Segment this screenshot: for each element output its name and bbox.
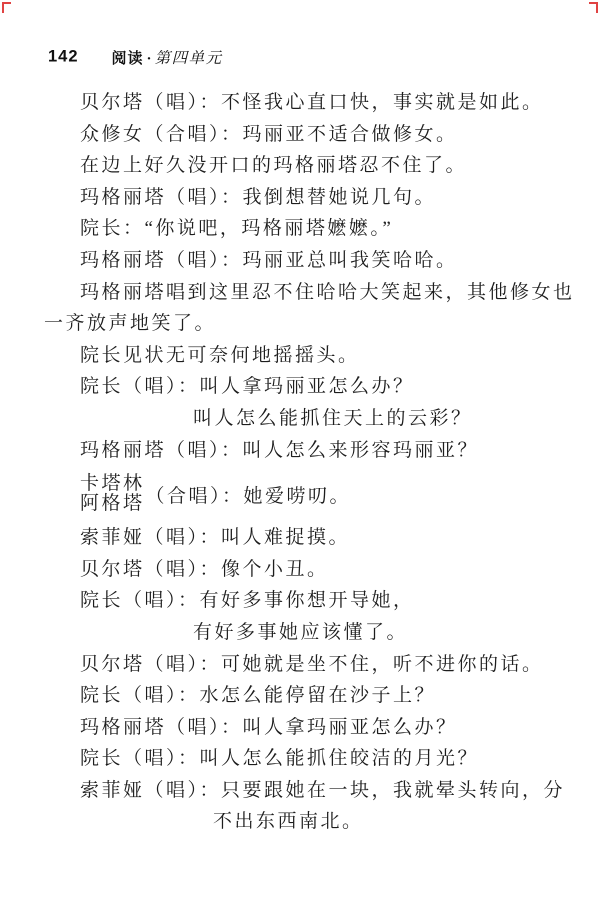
stacked-line-text: （合唱）：她爱唠叨。	[146, 481, 352, 508]
speaker-name: 阿格塔	[80, 494, 145, 515]
text-line: 玛格丽塔（唱）：玛丽亚总叫我笑哈哈。	[44, 245, 568, 277]
speaker-names-column: 卡塔林阿格塔	[80, 474, 145, 515]
text-line: 索菲娅（唱）：只要跟她在一块，我就晕头转向，分	[44, 775, 568, 807]
section-title-separator: ·	[147, 51, 152, 67]
text-line: 院长（唱）：叫人拿玛丽亚怎么办？	[44, 371, 568, 403]
text-line: 院长：“你说吧，玛格丽塔嬷嬷。”	[44, 213, 568, 245]
section-title: 阅读·第四单元	[112, 50, 223, 67]
text-line: 在边上好久没开口的玛格丽塔忍不住了。	[44, 150, 568, 182]
textbook-page: 142阅读·第四单元 贝尔塔（唱）：不怪我心直口快，事实就是如此。众修女（合唱）…	[0, 0, 600, 897]
crop-mark-top-left	[2, 2, 11, 13]
text-line: 不出东西南北。	[44, 806, 568, 838]
speaker-name: 卡塔林	[80, 474, 145, 495]
text-line: 玛格丽塔（唱）：叫人怎么来形容玛丽亚？	[44, 435, 568, 467]
stacked-speakers-line: 卡塔林阿格塔（合唱）：她爱唠叨。	[44, 466, 568, 522]
text-line: 玛格丽塔唱到这里忍不住哈哈大笑起来，其他修女也	[44, 277, 568, 309]
text-line: 众修女（合唱）：玛丽亚不适合做修女。	[44, 119, 568, 151]
text-line: 贝尔塔（唱）：像个小丑。	[44, 554, 568, 586]
text-line: 一齐放声地笑了。	[44, 308, 568, 340]
section-title-main: 阅读	[112, 50, 144, 67]
text-line: 院长（唱）：叫人怎么能抓住皎洁的月光？	[44, 743, 568, 775]
text-line: 玛格丽塔（唱）：叫人拿玛丽亚怎么办？	[44, 712, 568, 744]
crop-mark-top-right	[589, 2, 598, 13]
text-line: 院长见状无可奈何地摇摇头。	[44, 340, 568, 372]
text-line: 贝尔塔（唱）：可她就是坐不住，听不进你的话。	[44, 649, 568, 681]
unit-title: 第四单元	[155, 50, 223, 67]
body-text: 贝尔塔（唱）：不怪我心直口快，事实就是如此。众修女（合唱）：玛丽亚不适合做修女。…	[44, 87, 568, 838]
text-line: 院长（唱）：水怎么能停留在沙子上？	[44, 680, 568, 712]
text-line: 叫人怎么能抓住天上的云彩？	[44, 403, 568, 435]
text-line: 有好多事她应该懂了。	[44, 617, 568, 649]
page-number: 142	[48, 48, 79, 66]
text-line: 贝尔塔（唱）：不怪我心直口快，事实就是如此。	[44, 87, 568, 119]
text-line: 索菲娅（唱）：叫人难捉摸。	[44, 522, 568, 554]
text-line: 玛格丽塔（唱）：我倒想替她说几句。	[44, 182, 568, 214]
text-line: 院长（唱）：有好多事你想开导她，	[44, 585, 568, 617]
page-header: 142阅读·第四单元	[48, 46, 223, 68]
